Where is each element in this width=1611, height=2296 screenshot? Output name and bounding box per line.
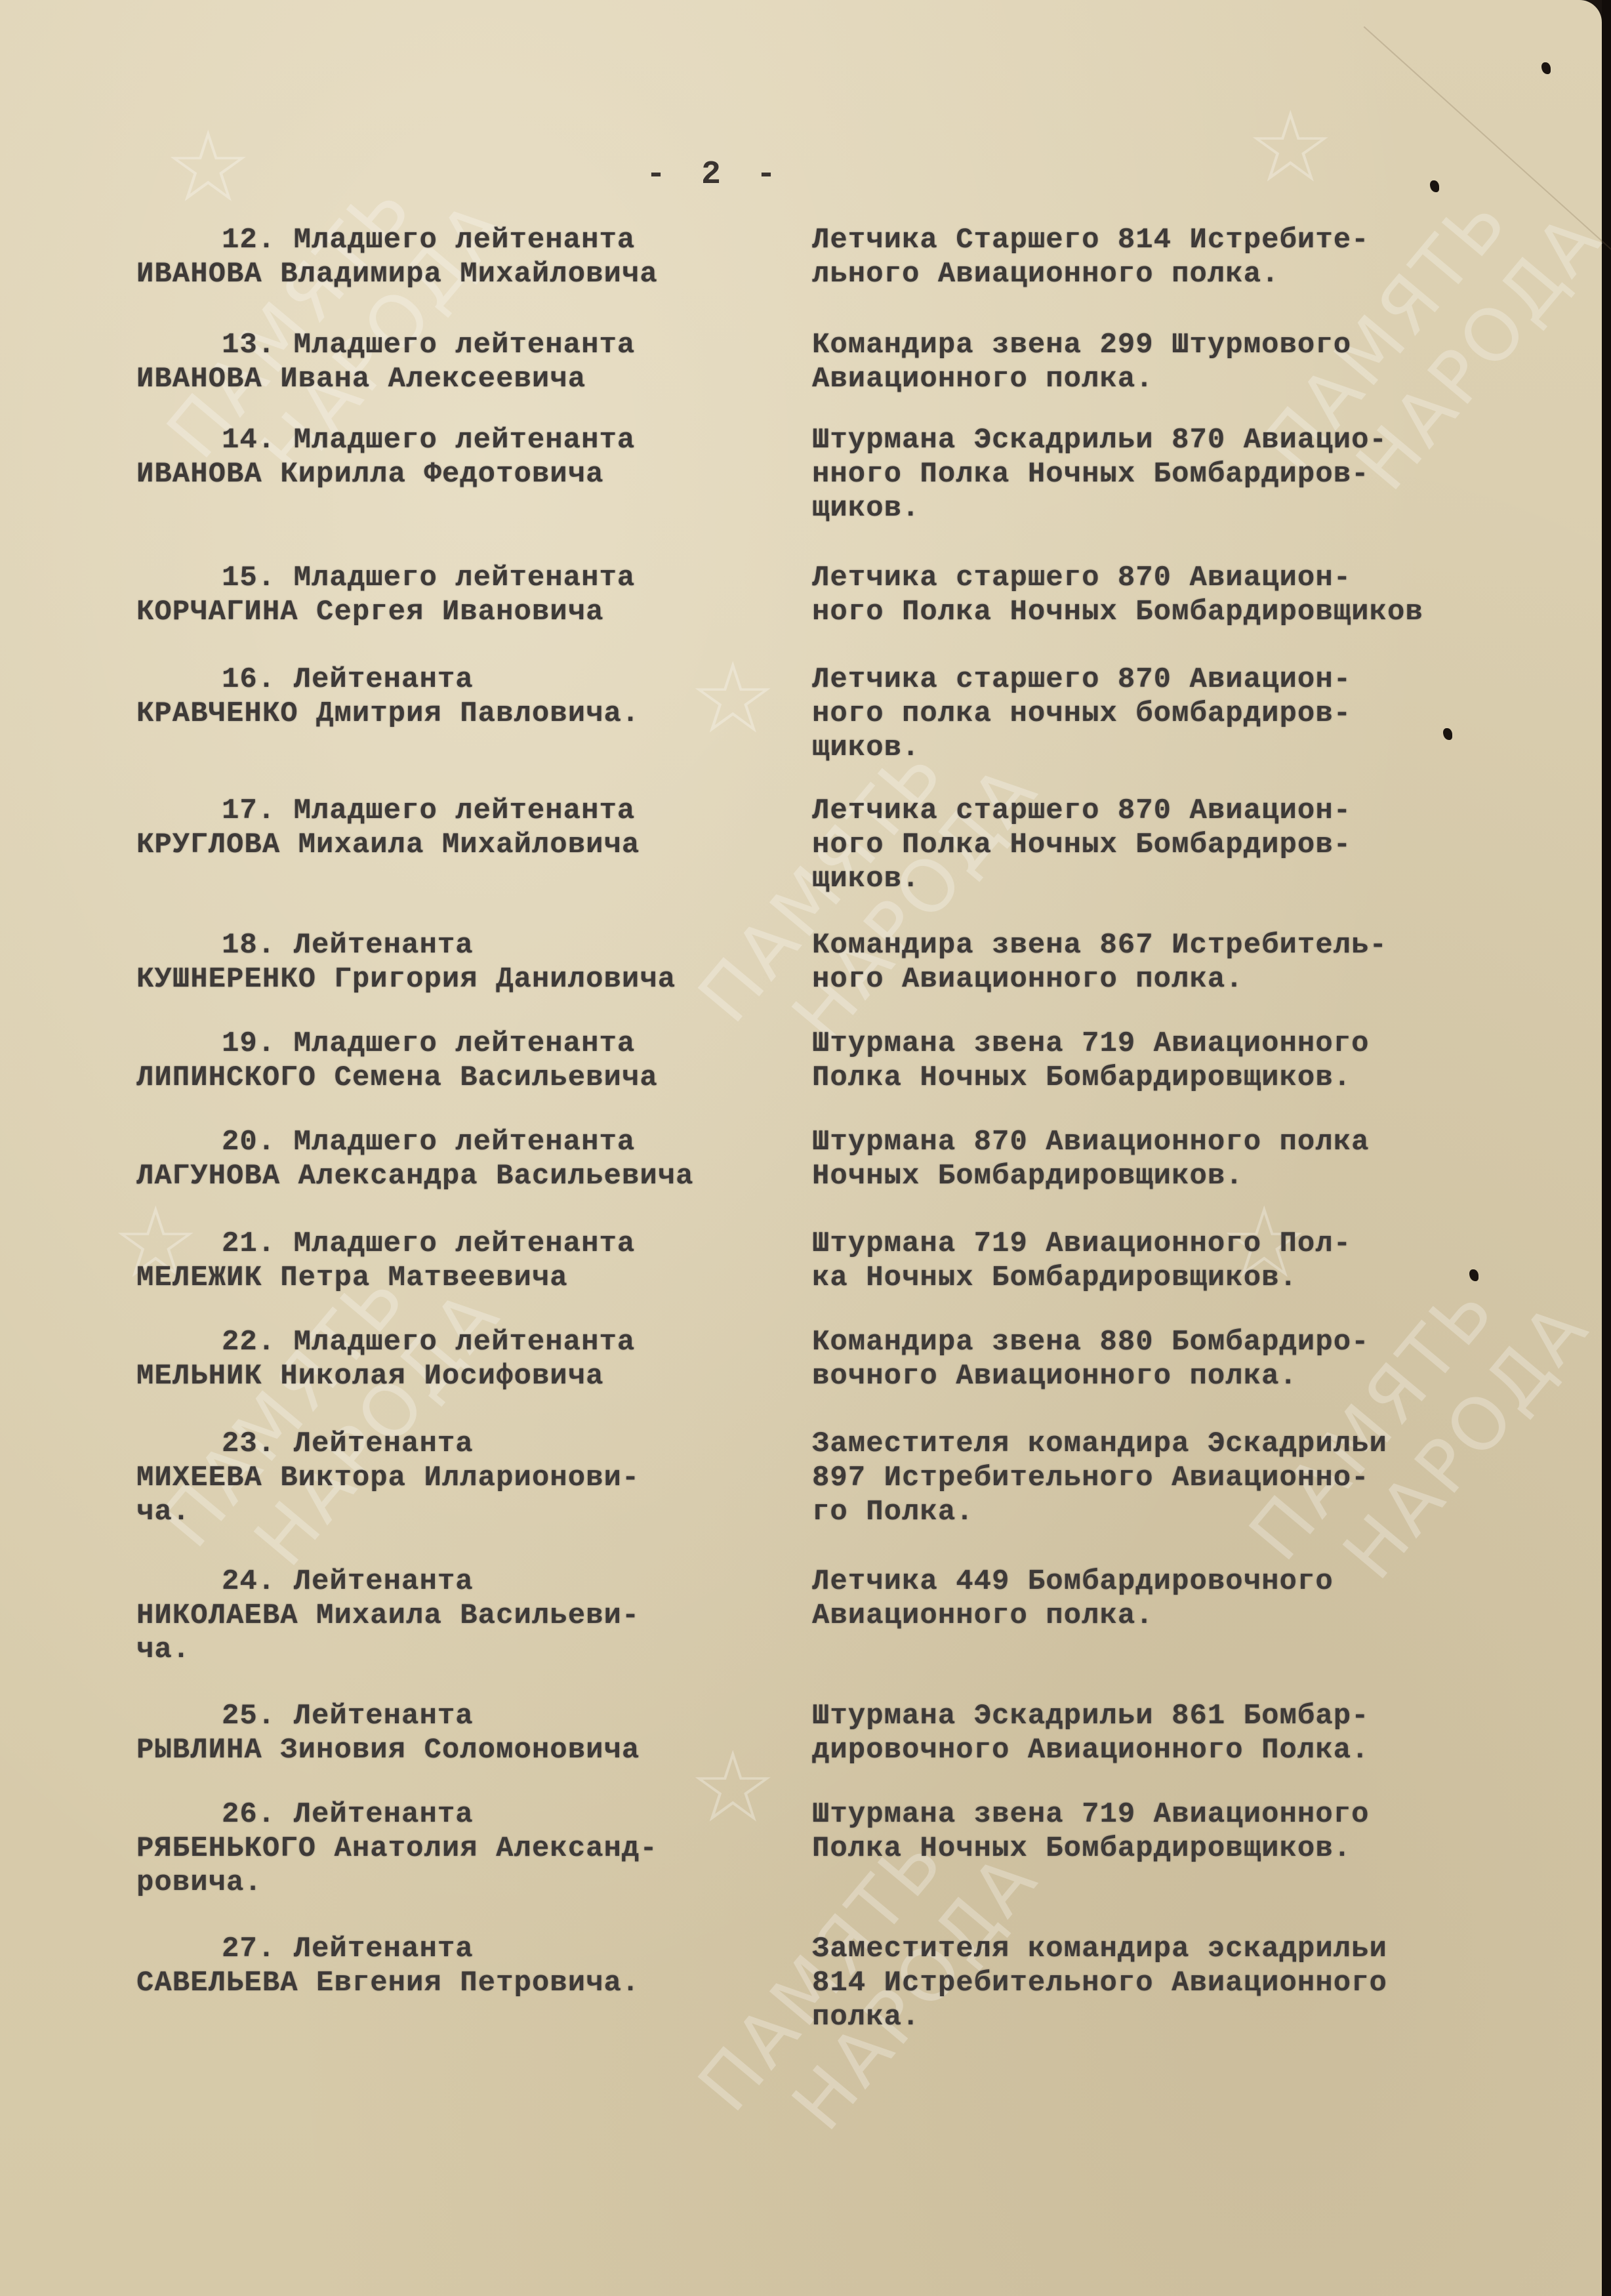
recipient-position: щиков. bbox=[812, 731, 1566, 765]
recipient-position-block: Летчика Старшего 814 Истребите-льного Ав… bbox=[812, 223, 1566, 291]
recipient-name-block: 17. Младшего лейтенантаКРУГЛОВА Михаила … bbox=[136, 794, 825, 862]
recipient-position: ного Авиационного полка. bbox=[812, 962, 1566, 996]
rank-line: 23. Лейтенанта bbox=[136, 1427, 825, 1461]
recipient-position: Летчика 449 Бомбардировочного bbox=[812, 1565, 1566, 1599]
rank-line: 20. Младшего лейтенанта bbox=[136, 1125, 825, 1159]
recipient-position: Авиационного полка. bbox=[812, 1599, 1566, 1633]
recipient-position: Штурмана звена 719 Авиационного bbox=[812, 1027, 1566, 1061]
recipient-position-block: Командира звена 867 Истребитель-ного Ави… bbox=[812, 928, 1566, 996]
recipient-name: КРУГЛОВА Михаила Михайловича bbox=[136, 828, 825, 862]
recipient-name: ча. bbox=[136, 1633, 825, 1667]
recipient-position-block: Командира звена 880 Бомбардиро-вочного А… bbox=[812, 1325, 1566, 1393]
recipient-position: 814 Истребительного Авиационного bbox=[812, 1966, 1566, 2000]
rank-line: 12. Младшего лейтенанта bbox=[136, 223, 825, 257]
recipient-position: полка. bbox=[812, 2000, 1566, 2034]
recipient-name: ЛИПИНСКОГО Семена Васильевича bbox=[136, 1061, 825, 1095]
recipient-name: МИХЕЕВА Виктора Илларионови- bbox=[136, 1461, 825, 1495]
recipient-position: Ночных Бомбардировщиков. bbox=[812, 1159, 1566, 1193]
recipient-name: МЕЛЬНИК Николая Иосифовича bbox=[136, 1359, 825, 1393]
recipient-position: Полка Ночных Бомбардировщиков. bbox=[812, 1832, 1566, 1866]
recipient-name-block: 14. Младшего лейтенантаИВАНОВА Кирилла Ф… bbox=[136, 423, 825, 491]
recipient-position: Заместителя командира эскадрильи bbox=[812, 1932, 1566, 1966]
recipient-position-block: Летчика 449 БомбардировочногоАвиационног… bbox=[812, 1565, 1566, 1633]
recipient-name: РЫВЛИНА Зиновия Соломоновича bbox=[136, 1733, 825, 1767]
recipient-name: ча. bbox=[136, 1495, 825, 1529]
recipient-position: нного Полка Ночных Бомбардиров- bbox=[812, 457, 1566, 491]
rank-line: 13. Младшего лейтенанта bbox=[136, 328, 825, 362]
rank-line: 17. Младшего лейтенанта bbox=[136, 794, 825, 828]
recipient-position: ного полка ночных бомбардиров- bbox=[812, 697, 1566, 731]
recipient-name: КРАВЧЕНКО Дмитрия Павловича. bbox=[136, 697, 825, 731]
recipient-position: вочного Авиационного полка. bbox=[812, 1359, 1566, 1393]
rank-line: 24. Лейтенанта bbox=[136, 1565, 825, 1599]
recipient-position: Штурмана 870 Авиационного полка bbox=[812, 1125, 1566, 1159]
recipient-position: Заместителя командира Эскадрильи bbox=[812, 1427, 1566, 1461]
recipient-position-block: Штурмана звена 719 АвиационногоПолка Ноч… bbox=[812, 1797, 1566, 1866]
rank-line: 15. Младшего лейтенанта bbox=[136, 561, 825, 595]
recipient-name-block: 27. ЛейтенантаСАВЕЛЬЕВА Евгения Петрович… bbox=[136, 1932, 825, 2000]
recipient-name: КОРЧАГИНА Сергея Ивановича bbox=[136, 595, 825, 629]
recipient-name: КУШНЕРЕНКО Григория Даниловича bbox=[136, 962, 825, 996]
recipient-name-block: 13. Младшего лейтенантаИВАНОВА Ивана Але… bbox=[136, 328, 825, 396]
recipient-name: ЛАГУНОВА Александра Васильевича bbox=[136, 1159, 825, 1193]
recipient-position: дировочного Авиационного Полка. bbox=[812, 1733, 1566, 1767]
recipient-position: ка Ночных Бомбардировщиков. bbox=[812, 1261, 1566, 1295]
rank-line: 22. Младшего лейтенанта bbox=[136, 1325, 825, 1359]
recipient-position: ного Полка Ночных Бомбардиров- bbox=[812, 828, 1566, 862]
scan-border bbox=[1602, 0, 1611, 2296]
recipient-position-block: Штурмана Эскадрильи 861 Бомбар-дировочно… bbox=[812, 1699, 1566, 1767]
recipient-position-block: Штурмана Эскадрильи 870 Авиацио-нного По… bbox=[812, 423, 1566, 525]
recipient-position-block: Заместителя командира эскадрильи814 Истр… bbox=[812, 1932, 1566, 2034]
recipient-name-block: 12. Младшего лейтенантаИВАНОВА Владимира… bbox=[136, 223, 825, 291]
recipient-position: льного Авиационного полка. bbox=[812, 257, 1566, 291]
recipient-position: 897 Истребительного Авиационно- bbox=[812, 1461, 1566, 1495]
recipient-position: щиков. bbox=[812, 862, 1566, 896]
recipient-position: щиков. bbox=[812, 491, 1566, 525]
recipient-position-block: Командира звена 299 ШтурмовогоАвиационно… bbox=[812, 328, 1566, 396]
recipient-name-block: 20. Младшего лейтенантаЛАГУНОВА Александ… bbox=[136, 1125, 825, 1193]
recipient-name: МЕЛЕЖИК Петра Матвеевича bbox=[136, 1261, 825, 1295]
recipient-position-block: Штурмана звена 719 АвиационногоПолка Ноч… bbox=[812, 1027, 1566, 1095]
recipient-position: Полка Ночных Бомбардировщиков. bbox=[812, 1061, 1566, 1095]
award-list: 12. Младшего лейтенантаИВАНОВА Владимира… bbox=[0, 0, 1602, 2296]
rank-line: 21. Младшего лейтенанта bbox=[136, 1227, 825, 1261]
recipient-position: Штурмана 719 Авиационного Пол- bbox=[812, 1227, 1566, 1261]
rank-line: 27. Лейтенанта bbox=[136, 1932, 825, 1966]
recipient-name-block: 22. Младшего лейтенантаМЕЛЬНИК Николая И… bbox=[136, 1325, 825, 1393]
recipient-position: Авиационного полка. bbox=[812, 362, 1566, 396]
recipient-position: Командира звена 880 Бомбардиро- bbox=[812, 1325, 1566, 1359]
recipient-name-block: 16. ЛейтенантаКРАВЧЕНКО Дмитрия Павлович… bbox=[136, 663, 825, 731]
recipient-position-block: Штурмана 870 Авиационного полкаНочных Бо… bbox=[812, 1125, 1566, 1193]
recipient-name-block: 19. Младшего лейтенантаЛИПИНСКОГО Семена… bbox=[136, 1027, 825, 1095]
recipient-position: Штурмана Эскадрильи 861 Бомбар- bbox=[812, 1699, 1566, 1733]
recipient-position: Штурмана Эскадрильи 870 Авиацио- bbox=[812, 423, 1566, 457]
rank-line: 18. Лейтенанта bbox=[136, 928, 825, 962]
recipient-name: ровича. bbox=[136, 1866, 825, 1900]
recipient-name: РЯБЕНЬКОГО Анатолия Александ- bbox=[136, 1832, 825, 1866]
recipient-position: ного Полка Ночных Бомбардировщиков bbox=[812, 595, 1566, 629]
recipient-name-block: 15. Младшего лейтенантаКОРЧАГИНА Сергея … bbox=[136, 561, 825, 629]
recipient-name: ИВАНОВА Владимира Михайловича bbox=[136, 257, 825, 291]
recipient-position-block: Летчика старшего 870 Авиацион-ного Полка… bbox=[812, 794, 1566, 896]
recipient-name-block: 25. ЛейтенантаРЫВЛИНА Зиновия Соломонови… bbox=[136, 1699, 825, 1767]
recipient-name: САВЕЛЬЕВА Евгения Петровича. bbox=[136, 1966, 825, 2000]
recipient-position-block: Летчика старшего 870 Авиацион-ного полка… bbox=[812, 663, 1566, 765]
recipient-position: Летчика старшего 870 Авиацион- bbox=[812, 561, 1566, 595]
recipient-position-block: Заместителя командира Эскадрильи897 Истр… bbox=[812, 1427, 1566, 1529]
recipient-position-block: Штурмана 719 Авиационного Пол-ка Ночных … bbox=[812, 1227, 1566, 1295]
recipient-position: Командира звена 867 Истребитель- bbox=[812, 928, 1566, 962]
recipient-position: Летчика старшего 870 Авиацион- bbox=[812, 663, 1566, 697]
rank-line: 14. Младшего лейтенанта bbox=[136, 423, 825, 457]
recipient-name-block: 21. Младшего лейтенантаМЕЛЕЖИК Петра Мат… bbox=[136, 1227, 825, 1295]
recipient-position: Командира звена 299 Штурмового bbox=[812, 328, 1566, 362]
recipient-name: НИКОЛАЕВА Михаила Васильеви- bbox=[136, 1599, 825, 1633]
recipient-name-block: 26. ЛейтенантаРЯБЕНЬКОГО Анатолия Алекса… bbox=[136, 1797, 825, 1900]
recipient-position-block: Летчика старшего 870 Авиацион-ного Полка… bbox=[812, 561, 1566, 629]
rank-line: 16. Лейтенанта bbox=[136, 663, 825, 697]
rank-line: 25. Лейтенанта bbox=[136, 1699, 825, 1733]
rank-line: 19. Младшего лейтенанта bbox=[136, 1027, 825, 1061]
recipient-name-block: 24. ЛейтенантаНИКОЛАЕВА Михаила Васильев… bbox=[136, 1565, 825, 1667]
rank-line: 26. Лейтенанта bbox=[136, 1797, 825, 1832]
recipient-position: Летчика Старшего 814 Истребите- bbox=[812, 223, 1566, 257]
recipient-position: Штурмана звена 719 Авиационного bbox=[812, 1797, 1566, 1832]
recipient-name: ИВАНОВА Кирилла Федотовича bbox=[136, 457, 825, 491]
recipient-name-block: 18. ЛейтенантаКУШНЕРЕНКО Григория Данило… bbox=[136, 928, 825, 996]
recipient-position: го Полка. bbox=[812, 1495, 1566, 1529]
recipient-position: Летчика старшего 870 Авиацион- bbox=[812, 794, 1566, 828]
recipient-name: ИВАНОВА Ивана Алексеевича bbox=[136, 362, 825, 396]
recipient-name-block: 23. ЛейтенантаМИХЕЕВА Виктора Илларионов… bbox=[136, 1427, 825, 1529]
